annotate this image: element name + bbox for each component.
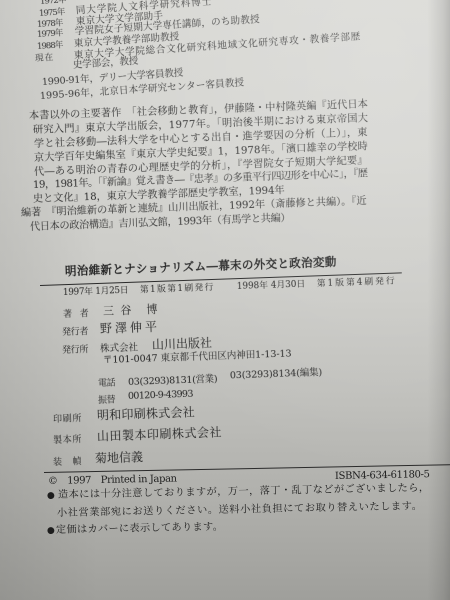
note-line: 小社営業部宛にお送りください。送料小社負担にてお取り替えいたします。: [57, 502, 423, 519]
isbn: ISBN4-634-61180-5: [335, 470, 430, 482]
note-line: ● 定価はカバーに表示してあります。: [47, 523, 223, 537]
bullet-icon: ●: [47, 526, 56, 535]
bullet-icon: ●: [47, 491, 58, 500]
copyright: © 1997 Printed in Japan: [48, 475, 177, 487]
note-line: ● 造本には十分注意しておりますが，万一，落丁・乱丁などがございましたら，: [47, 484, 430, 502]
colophon-footer: © 1997 Printed in Japan ISBN4-634-61180-…: [0, 0, 450, 600]
